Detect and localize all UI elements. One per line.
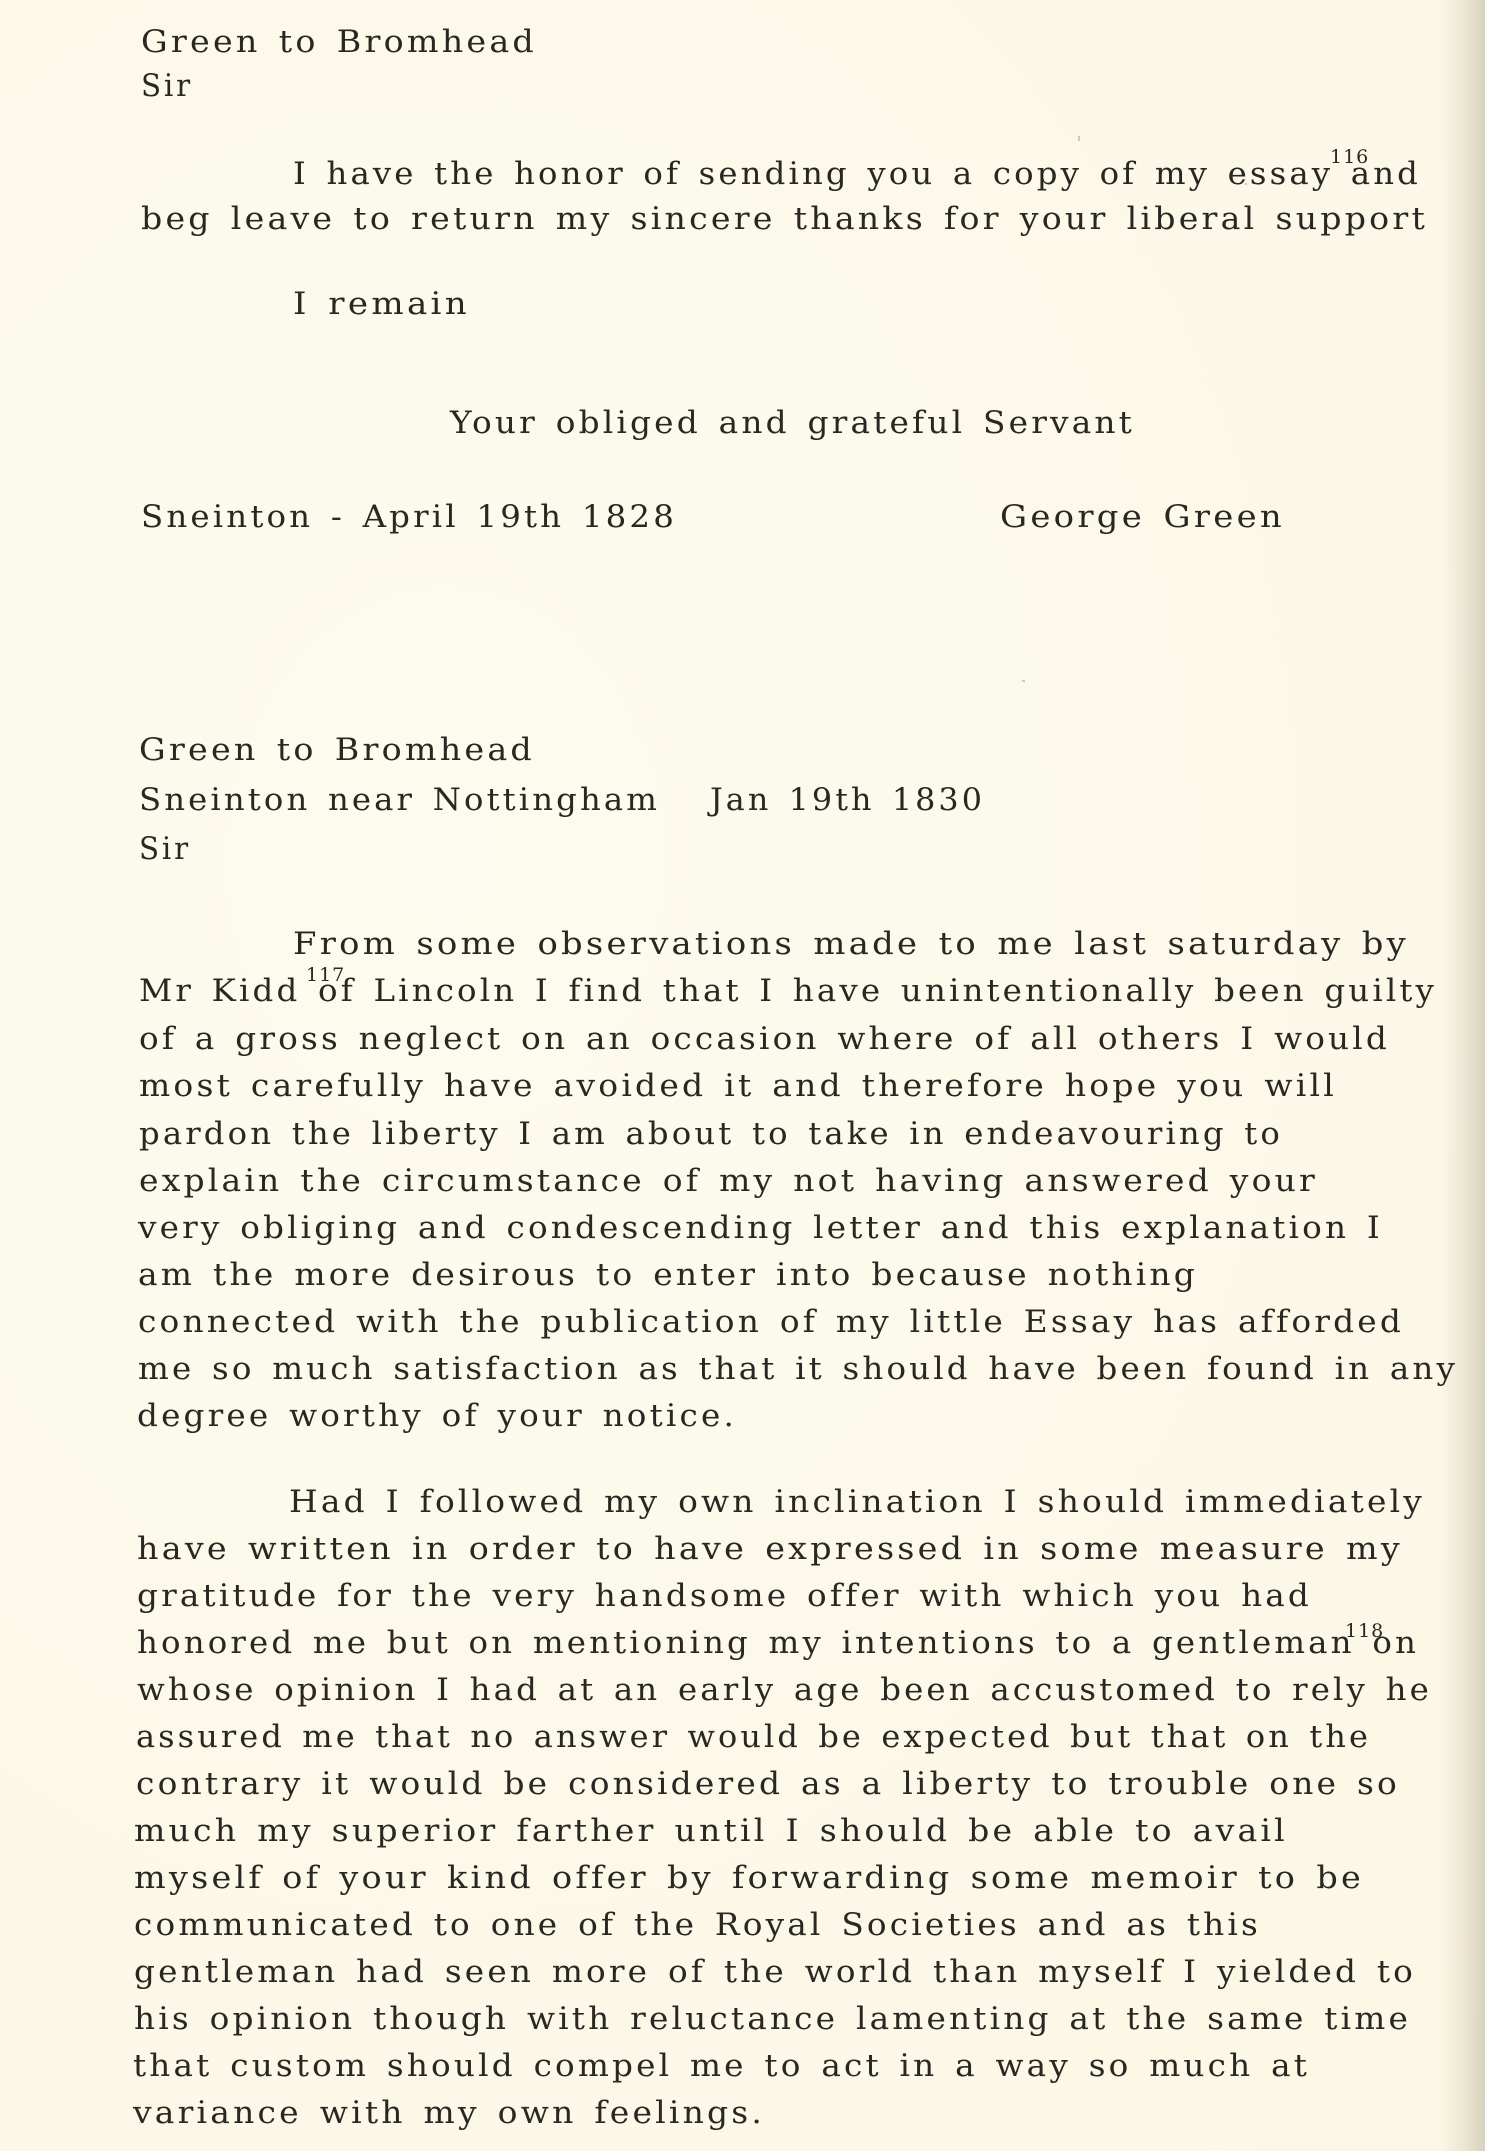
body-line: that custom should compel me to act in a… <box>133 2051 1310 2082</box>
letter-heading: Green to Bromhead <box>141 27 537 58</box>
body-line: beg leave to return my sincere thanks fo… <box>141 204 1428 235</box>
body-line: gentleman had seen more of the world tha… <box>134 1957 1416 1988</box>
place: Sneinton near Nottingham <box>139 785 660 816</box>
closing: I remain <box>293 289 470 320</box>
body-line: Mr Kidd of Lincoln I find that I have un… <box>139 976 1437 1007</box>
paper-speck <box>1078 136 1080 141</box>
body-line: variance with my own feelings. <box>133 2098 765 2129</box>
salutation: Sir <box>141 71 193 102</box>
body-line: degree worthy of your notice. <box>137 1401 737 1432</box>
body-line: connected with the publication of my lit… <box>138 1307 1404 1338</box>
footnote-ref-118: 118 <box>1345 1622 1384 1641</box>
body-line: pardon the liberty I am about to take in… <box>139 1119 1283 1150</box>
page: Green to Bromhead Sir I have the honor o… <box>0 0 1485 2151</box>
body-line: myself of your kind offer by forwarding … <box>134 1863 1364 1894</box>
paper-speck <box>1022 680 1025 682</box>
body-line: whose opinion I had at an early age been… <box>137 1675 1432 1706</box>
body-line: much my superior farther until I should … <box>134 1816 1288 1847</box>
body-line: From some observations made to me last s… <box>293 929 1409 960</box>
place-date: Sneinton - April 19th 1828 <box>141 502 677 533</box>
body-line: gratitude for the very handsome offer wi… <box>137 1581 1312 1612</box>
body-line: assured me that no answer would be expec… <box>136 1722 1371 1753</box>
paper-speck <box>1245 183 1247 185</box>
body-line: have written in order to have expressed … <box>137 1534 1403 1565</box>
body-line: of a gross neglect on an occasion where … <box>139 1024 1390 1055</box>
body-line: his opinion though with reluctance lamen… <box>134 2004 1411 2035</box>
footnote-ref-116: 116 <box>1330 148 1369 167</box>
signature: George Green <box>1000 502 1285 533</box>
body-line: honored me but on mentioning my intentio… <box>137 1628 1419 1659</box>
body-line: me so much satisfaction as that it shoul… <box>138 1354 1458 1385</box>
letter-heading: Green to Bromhead <box>139 735 535 766</box>
body-line: explain the circumstance of my not havin… <box>139 1166 1318 1197</box>
body-line: am the more desirous to enter into becau… <box>138 1260 1198 1291</box>
body-line: very obliging and condescending letter a… <box>138 1213 1383 1244</box>
body-line: I have the honor of sending you a copy o… <box>293 159 1421 190</box>
body-line: Had I followed my own inclination I shou… <box>289 1487 1425 1518</box>
body-line: communicated to one of the Royal Societi… <box>134 1910 1261 1941</box>
body-line: contrary it would be considered as a lib… <box>136 1769 1400 1800</box>
body-line: most carefully have avoided it and there… <box>139 1071 1337 1102</box>
salutation: Sir <box>139 834 191 865</box>
valediction: Your obliged and grateful Servant <box>450 408 1135 439</box>
date: Jan 19th 1830 <box>710 785 985 816</box>
